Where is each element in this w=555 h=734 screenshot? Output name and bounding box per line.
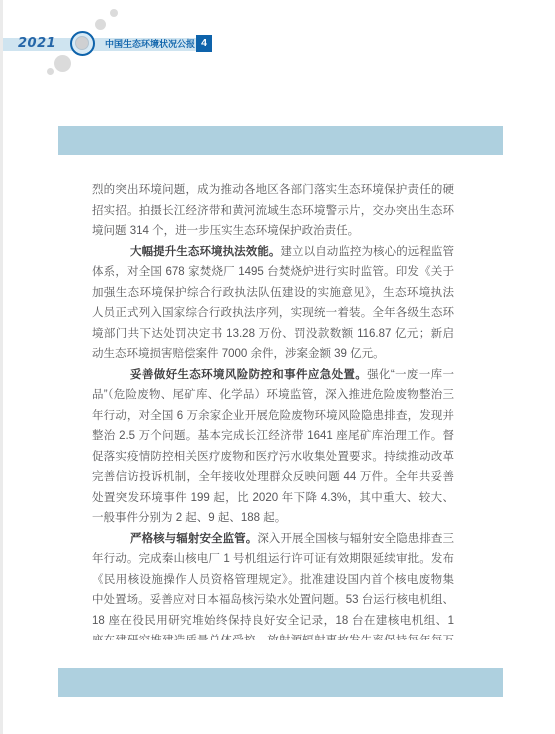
- body-paragraph: 烈的突出环境问题，成为推动各地区各部门落实生态环境保护责任的硬招实招。拍摄长江经…: [92, 180, 454, 242]
- paragraph-lead: 严格核与辐射安全监管。: [130, 533, 257, 545]
- body-paragraph: 妥善做好生态环境风险防控和事件应急处置。强化“一废一库一品”（危险废物、尾矿库、…: [92, 365, 454, 529]
- paragraph-text: 烈的突出环境问题，成为推动各地区各部门落实生态环境保护责任的硬招实招。拍摄长江经…: [92, 184, 454, 237]
- decor-dot: [47, 68, 54, 75]
- decor-band-top: [58, 126, 503, 155]
- paragraph-lead: 大幅提升生态环境执法效能。: [130, 246, 280, 258]
- body-paragraph: 严格核与辐射安全监管。深入开展全国核与辐射安全隐患排查三年行动。完成秦山核电厂 …: [92, 529, 454, 641]
- paragraph-text: 强化“一废一库一品”（危险废物、尾矿库、化学品）环境监管，深入推进危险废物整治三…: [92, 369, 454, 525]
- decor-dot: [95, 19, 106, 30]
- body-text: 烈的突出环境问题，成为推动各地区各部门落实生态环境保护责任的硬招实招。拍摄长江经…: [92, 180, 454, 640]
- paragraph-text: 建立以自动监控为核心的远程监管体系，对全国 678 家焚烧厂 1495 台焚烧炉…: [92, 246, 454, 361]
- decor-dot: [110, 9, 118, 17]
- emblem-core-icon: [75, 36, 89, 50]
- decor-band-bottom: [58, 668, 503, 697]
- decor-dot: [54, 55, 71, 72]
- header-year: 2021: [18, 36, 60, 52]
- paragraph-lead: 妥善做好生态环境风险防控和事件应急处置。: [130, 369, 367, 381]
- paragraph-text: 深入开展全国核与辐射安全隐患排查三年行动。完成秦山核电厂 1 号机组运行许可证有…: [92, 533, 454, 641]
- body-paragraph: 大幅提升生态环境执法效能。建立以自动监控为核心的远程监管体系，对全国 678 家…: [92, 242, 454, 365]
- header-title: 中国生态环境状况公报: [105, 38, 195, 51]
- bulletin-page: 2021 中国生态环境状况公报 4 烈的突出环境问题，成为推动各地区各部门落实生…: [0, 0, 555, 734]
- emblem-circle-icon: [70, 31, 95, 56]
- page-number-badge: 4: [196, 35, 212, 52]
- page-left-edge: [0, 0, 3, 734]
